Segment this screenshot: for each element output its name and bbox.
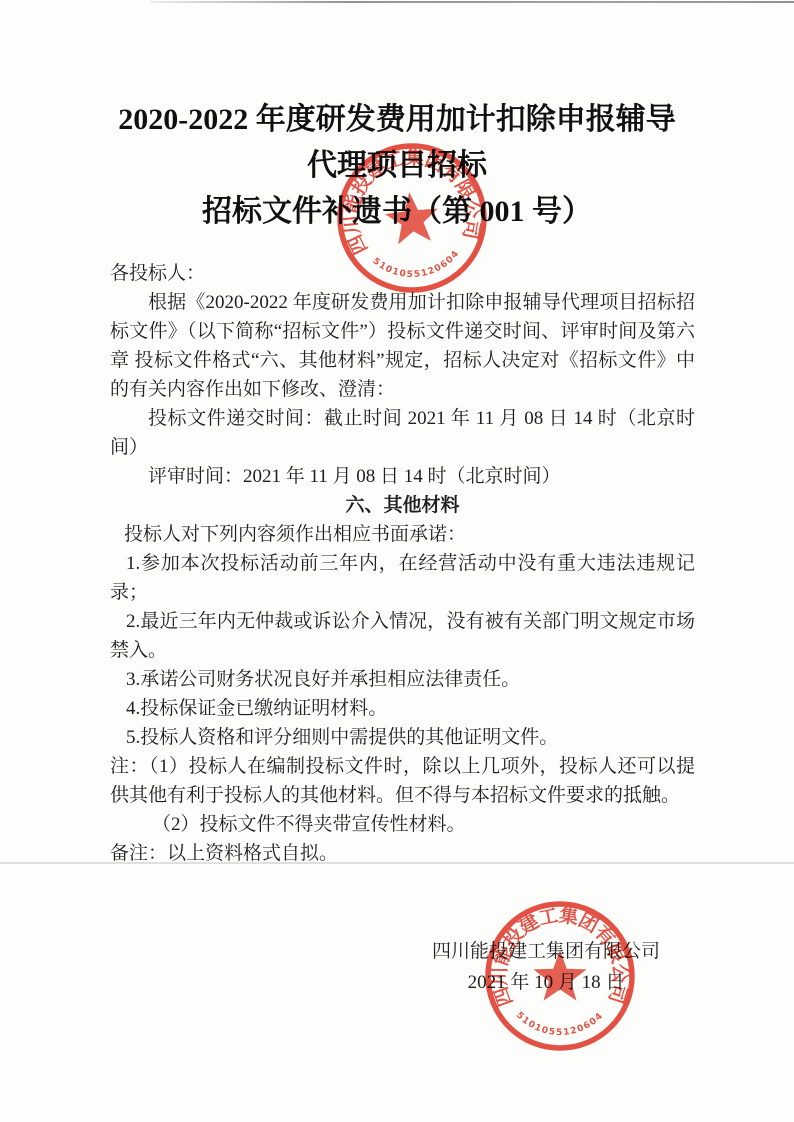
official-seal-stamp-top: 四川能投建工集团有限公司 5101055120604: [324, 130, 500, 306]
seal-star-icon: [533, 950, 586, 1001]
note-paragraph-1: 注：（1）投标人在编制投标文件时，除以上几项外，投标人还可以提供其他有利于投标人…: [110, 752, 695, 810]
review-time-paragraph: 评审时间：2021 年 11 月 08 日 14 时（北京时间）: [110, 462, 695, 491]
seal-graphic: 四川能投建工集团有限公司 5101055120604: [480, 896, 640, 1056]
note-paragraph-2: （2）投标文件不得夹带宣传性材料。: [110, 810, 695, 839]
commitment-intro: 投标人对下列内容须作出相应书面承诺：: [110, 520, 695, 549]
official-seal-stamp-bottom: 四川能投建工集团有限公司 5101055120604: [480, 896, 640, 1056]
intro-paragraph: 根据《2020-2022 年度研发费用加计扣除申报辅导代理项目招标招标文件》（以…: [110, 288, 695, 404]
list-item-1: 1.参加本次投标活动前三年内，在经营活动中没有重大违法违规记录；: [110, 549, 695, 607]
list-item-5: 5.投标人资格和评分细则中需提供的其他证明文件。: [110, 723, 695, 752]
document-body: 各投标人： 根据《2020-2022 年度研发费用加计扣除申报辅导代理项目招标招…: [110, 259, 695, 868]
list-item-4: 4.投标保证金已缴纳证明材料。: [110, 694, 695, 723]
list-item-3: 3.承诺公司财务状况良好并承担相应法律责任。: [110, 665, 695, 694]
list-item-2: 2.最近三年内无仲裁或诉讼介入情况，没有被有关部门明文规定市场禁入。: [110, 607, 695, 665]
section-heading-other-materials: 六、其他材料: [110, 491, 695, 520]
seal-registration-number: 5101055120604: [514, 1010, 606, 1038]
submission-time-paragraph: 投标文件递交时间：截止时间 2021 年 11 月 08 日 14 时（北京时间…: [110, 404, 695, 462]
remark-paragraph: 备注：以上资料格式自拟。: [110, 839, 695, 868]
seal-graphic: 四川能投建工集团有限公司 5101055120604: [324, 130, 500, 306]
scan-artifact-top-line: [150, 1, 794, 3]
scanned-document-page: 2020-2022 年度研发费用加计扣除申报辅导 代理项目招标 招标文件补遗书（…: [0, 0, 794, 1122]
document-title-line-1: 2020-2022 年度研发费用加计扣除申报辅导: [0, 97, 794, 143]
seal-star-icon: [383, 189, 441, 245]
svg-text:5101055120604: 5101055120604: [514, 1010, 606, 1038]
